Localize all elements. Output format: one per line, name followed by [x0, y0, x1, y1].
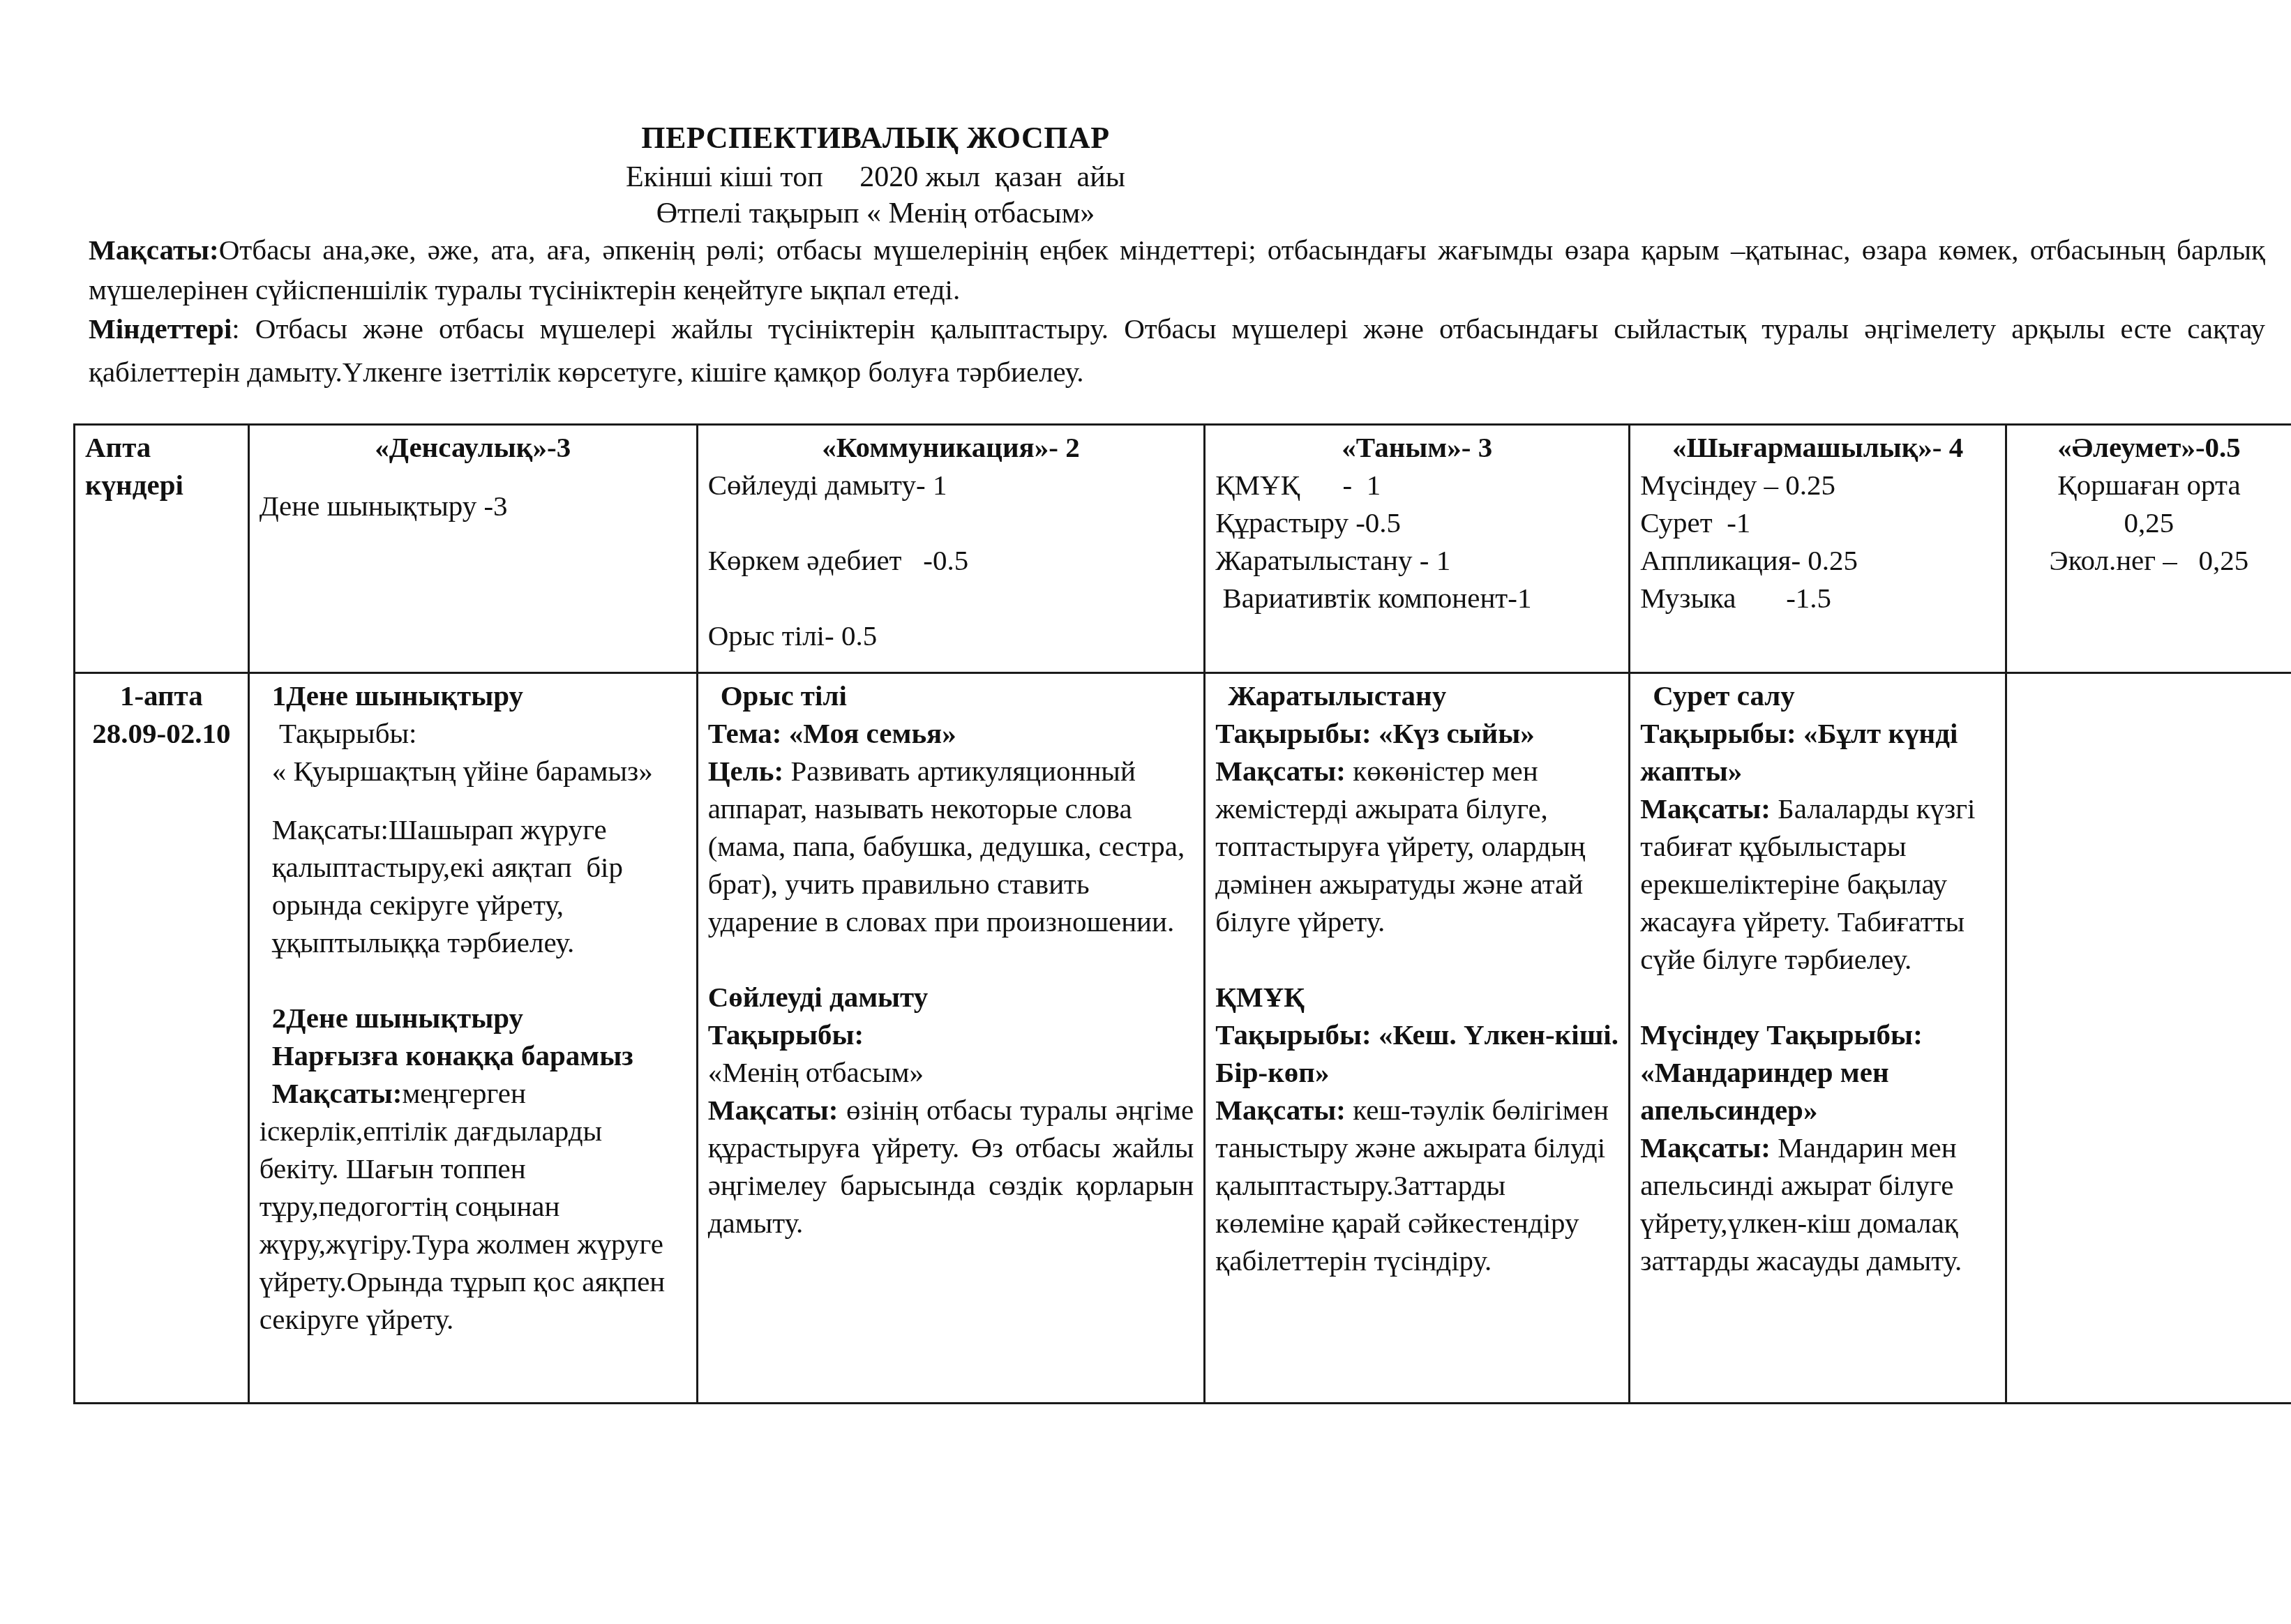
health-item: Дене шынықтыру -3	[260, 487, 686, 525]
goal-text: Отбасы ана,әке, әже, ата, аға, әпкенің р…	[89, 234, 2265, 306]
goal-label: Мақсаты:	[89, 234, 219, 266]
lesson-goal-label: Мақсаты:	[1640, 1131, 1771, 1164]
header-health: «Денсаулық»-3 Дене шынықтыру -3	[248, 425, 697, 673]
document-header: ПЕРСПЕКТИВАЛЫҚ ЖОСПАР Екінші кіші топ 20…	[0, 117, 1751, 232]
lesson-title: Жаратылыстану	[1215, 677, 1618, 714]
social-item: Экол.нег – 0,25	[2017, 541, 2281, 579]
health-title: «Денсаулық»-3	[260, 428, 686, 466]
lesson-title: Сурет салу	[1640, 677, 1995, 714]
lesson-topic: Нарғызға конаққа барамыз	[260, 1037, 686, 1074]
header-cognition: «Таным»- 3 ҚМҰҚ - 1 Құрастыру -0.5 Жарат…	[1205, 425, 1630, 673]
lesson-topic: Тақырыбы: «Күз сыйы»	[1215, 714, 1618, 752]
cognition-item: ҚМҰҚ - 1	[1215, 466, 1618, 504]
lesson-goal-label: Мақсаты:	[1640, 792, 1771, 825]
goal-paragraph: Мақсаты:Отбасы ана,әке, әже, ата, аға, ә…	[89, 230, 2265, 310]
group-and-date: Екінші кіші топ 2020 жыл қазан айы	[0, 159, 1751, 195]
lesson-title: ҚМҰҚ	[1215, 978, 1618, 1016]
creativity-item: Музыка -1.5	[1640, 579, 1995, 617]
table-header-row: Апта күндері «Денсаулық»-3 Дене шынықтыр…	[75, 425, 2291, 673]
week-cell: 1-апта 28.09-02.10	[75, 673, 249, 1404]
tasks-label: Міндеттері	[89, 313, 232, 345]
lesson-title: 2Дене шынықтыру	[260, 999, 686, 1037]
header-communication: «Коммуникация»- 2 Сөйлеуді дамыту- 1 Көр…	[697, 425, 1205, 673]
lesson-topic: Тақырыбы: «Кеш. Үлкен-кіші. Бір-көп»	[1215, 1016, 1618, 1091]
table-row-week-1: 1-апта 28.09-02.10 1Дене шынықтыру Тақыр…	[75, 673, 2291, 1404]
lesson-goal: меңгерген іскерлік,ептілік дағдыларды бе…	[260, 1077, 673, 1335]
lesson-topic-label: Тақырыбы:	[260, 714, 686, 752]
communication-lessons: Орыс тілі Тема: «Моя семья» Цель: Развив…	[697, 673, 1205, 1404]
header-week-days: Апта күндері	[75, 425, 249, 673]
lesson-topic: Тема: «Моя семья»	[708, 714, 1194, 752]
cognition-title: «Таным»- 3	[1215, 428, 1618, 466]
document-title: ПЕРСПЕКТИВАЛЫҚ ЖОСПАР	[0, 117, 1751, 159]
lesson-topic: Тақырыбы: «Бұлт күнді жапты»	[1640, 714, 1995, 790]
lesson-goal-label: Мақсаты:	[1215, 1094, 1346, 1126]
lesson-goal-label: Мақсаты:	[260, 1077, 403, 1109]
lesson-topic: «Менің отбасым»	[708, 1053, 1194, 1091]
cognition-item: Вариативтік компонент-1	[1215, 579, 1618, 617]
lesson-topic-label: Тақырыбы:	[708, 1016, 1194, 1053]
communication-item: Көркем әдебиет -0.5	[708, 541, 1194, 579]
lesson-goal-label: Цель:	[708, 755, 783, 787]
creativity-item: Сурет -1	[1640, 504, 1995, 541]
tasks-text: : Отбасы және отбасы мүшелері жайлы түсі…	[89, 313, 2265, 388]
tasks-paragraph: Міндеттері: Отбасы және отбасы мүшелері …	[89, 307, 2265, 393]
lesson-goal-label: Мақсаты:	[708, 1094, 839, 1126]
creativity-item: Аппликация- 0.25	[1640, 541, 1995, 579]
lesson-title: 1Дене шынықтыру	[260, 677, 686, 714]
creativity-title: «Шығармашылық»- 4	[1640, 428, 1995, 466]
week-number: 1-апта	[85, 677, 238, 714]
cognition-lessons: Жаратылыстану Тақырыбы: «Күз сыйы» Мақса…	[1205, 673, 1630, 1404]
cognition-item: Жаратылыстану - 1	[1215, 541, 1618, 579]
communication-item: Орыс тілі- 0.5	[708, 617, 1194, 654]
social-item: 0,25	[2017, 504, 2281, 541]
creativity-lessons: Сурет салу Тақырыбы: «Бұлт күнді жапты» …	[1630, 673, 2006, 1404]
lesson-goal-label: Мақсаты:	[1215, 755, 1346, 787]
lesson-topic: « Қуыршақтың үйіне барамыз»	[260, 752, 686, 790]
header-social: «Әлеумет»-0.5 Қоршаған орта 0,25 Экол.не…	[2006, 425, 2291, 673]
perspective-plan-table: Апта күндері «Денсаулық»-3 Дене шынықтыр…	[73, 423, 2291, 1404]
social-item: Қоршаған орта	[2017, 466, 2281, 504]
transition-theme: Өтпелі тақырып « Менің отбасым»	[0, 195, 1751, 232]
communication-item: Сөйлеуді дамыту- 1	[708, 466, 1194, 504]
lesson-title: Мүсіндеу Тақырыбы: «Мандариндер мен апел…	[1640, 1016, 1995, 1129]
lesson-goal: Мақсаты:Шашырап жүруге қалыптастыру,екі …	[260, 811, 686, 961]
social-lessons	[2006, 673, 2291, 1404]
lesson-title: Сөйлеуді дамыту	[708, 978, 1194, 1016]
week-dates: 28.09-02.10	[85, 714, 238, 752]
creativity-item: Мүсіндеу – 0.25	[1640, 466, 1995, 504]
header-creativity: «Шығармашылық»- 4 Мүсіндеу – 0.25 Сурет …	[1630, 425, 2006, 673]
social-title: «Әлеумет»-0.5	[2017, 428, 2281, 466]
communication-title: «Коммуникация»- 2	[708, 428, 1194, 466]
cognition-item: Құрастыру -0.5	[1215, 504, 1618, 541]
lesson-title: Орыс тілі	[708, 677, 1194, 714]
health-lessons: 1Дене шынықтыру Тақырыбы: « Қуыршақтың ү…	[248, 673, 697, 1404]
